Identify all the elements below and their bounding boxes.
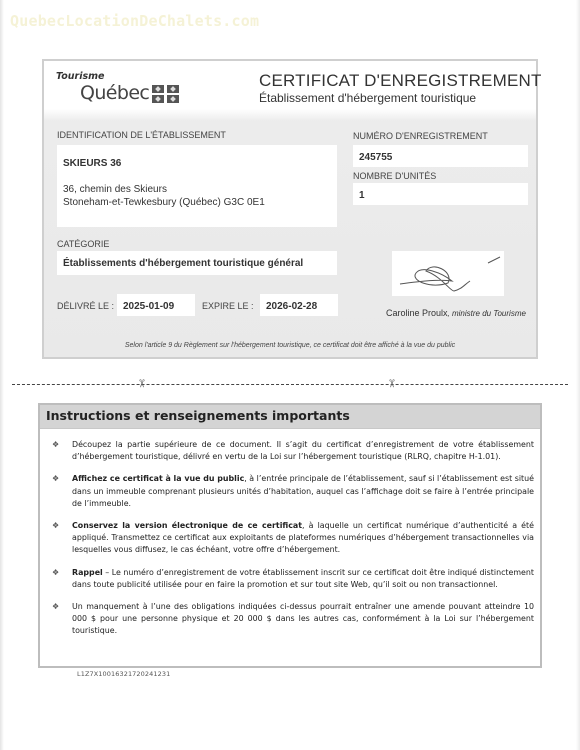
certificate-title: CERTIFICAT D'ENREGISTREMENT [259, 71, 542, 91]
units-value: 1 [353, 183, 528, 205]
signer-title: , ministre du Tourisme [448, 309, 526, 318]
page-edge-right [576, 0, 580, 750]
registration-number: 245755 [353, 145, 528, 167]
certificate-subtitle: Établissement d'hébergement touristique [259, 91, 476, 105]
category-value: Établissements d'hébergement touristique… [57, 251, 337, 275]
issued-label: DÉLIVRÉ LE : [57, 301, 114, 311]
establishment-name: SKIEURS 36 [63, 158, 121, 169]
bullet-diamond-icon: ❖ [52, 601, 59, 613]
address-line-1: 36, chemin des Skieurs [63, 183, 265, 196]
bullet-diamond-icon: ❖ [52, 439, 59, 451]
instruction-emphasis: Rappel [72, 568, 103, 577]
instruction-item: ❖Un manquement à l’une des obligations i… [72, 601, 534, 638]
registration-number-label: NUMÉRO D'ENREGISTREMENT [353, 131, 488, 141]
expires-label: EXPIRE LE : [202, 301, 254, 311]
instruction-text: Découpez la partie supérieure de ce docu… [72, 440, 534, 461]
instructions-panel: Instructions et renseignements important… [38, 403, 542, 668]
issued-date: 2025-01-09 [117, 294, 195, 316]
instruction-item: ❖Rappel – Le numéro d’enregistrement de … [72, 567, 534, 591]
address-line-2: Stoneham-et-Tewkesbury (Québec) G3C 0E1 [63, 196, 265, 209]
instruction-item: ❖Affichez ce certificat à la vue du publ… [72, 473, 534, 510]
logo-tourisme-text: Tourisme [56, 71, 104, 82]
instructions-list: ❖Découpez la partie supérieure de ce doc… [72, 439, 534, 648]
logo-quebec-text: Québec [80, 82, 149, 104]
certificate-note: Selon l'article 9 du Règlement sur l'héb… [44, 342, 536, 349]
quebec-flag-icon [152, 85, 180, 103]
instruction-emphasis: Affichez ce certificat à la vue du publi… [72, 474, 244, 483]
bullet-diamond-icon: ❖ [52, 567, 59, 579]
document-code: L1Z7X10016321720241231 [77, 670, 170, 678]
cut-line [12, 384, 568, 385]
scissors-icon: ✂ [135, 379, 148, 388]
category-label: CATÉGORIE [57, 239, 109, 249]
instruction-text: – Le numéro d’enregistrement de votre ét… [72, 568, 534, 589]
certificate: Tourisme Québec CERTIFICAT D'ENREGISTREM… [42, 59, 538, 359]
page-edge-left [0, 0, 4, 750]
tourisme-quebec-logo: Tourisme Québec [56, 71, 104, 82]
scissors-icon: ✂ [385, 379, 398, 388]
signer-name: Caroline Proulx [386, 308, 448, 318]
instruction-text: Un manquement à l’une des obligations in… [72, 602, 534, 635]
signature-image [392, 251, 504, 296]
signature-box [392, 251, 504, 296]
units-label: NOMBRE D'UNITÉS [353, 171, 436, 181]
instruction-emphasis: Conservez la version électronique de ce … [72, 521, 302, 530]
establishment-address: 36, chemin des Skieurs Stoneham-et-Tewke… [63, 183, 265, 209]
bullet-diamond-icon: ❖ [52, 520, 59, 532]
signer: Caroline Proulx, ministre du Tourisme [386, 308, 526, 318]
instructions-heading: Instructions et renseignements important… [40, 405, 540, 429]
identification-label: IDENTIFICATION DE L'ÉTABLISSEMENT [57, 130, 226, 140]
instruction-item: ❖Conservez la version électronique de ce… [72, 520, 534, 557]
expires-date: 2026-02-28 [260, 294, 338, 316]
instruction-item: ❖Découpez la partie supérieure de ce doc… [72, 439, 534, 463]
bullet-diamond-icon: ❖ [52, 473, 59, 485]
watermark: QuebecLocationDeChalets.com [10, 12, 259, 30]
identification-box: SKIEURS 36 36, chemin des Skieurs Stoneh… [57, 145, 337, 227]
